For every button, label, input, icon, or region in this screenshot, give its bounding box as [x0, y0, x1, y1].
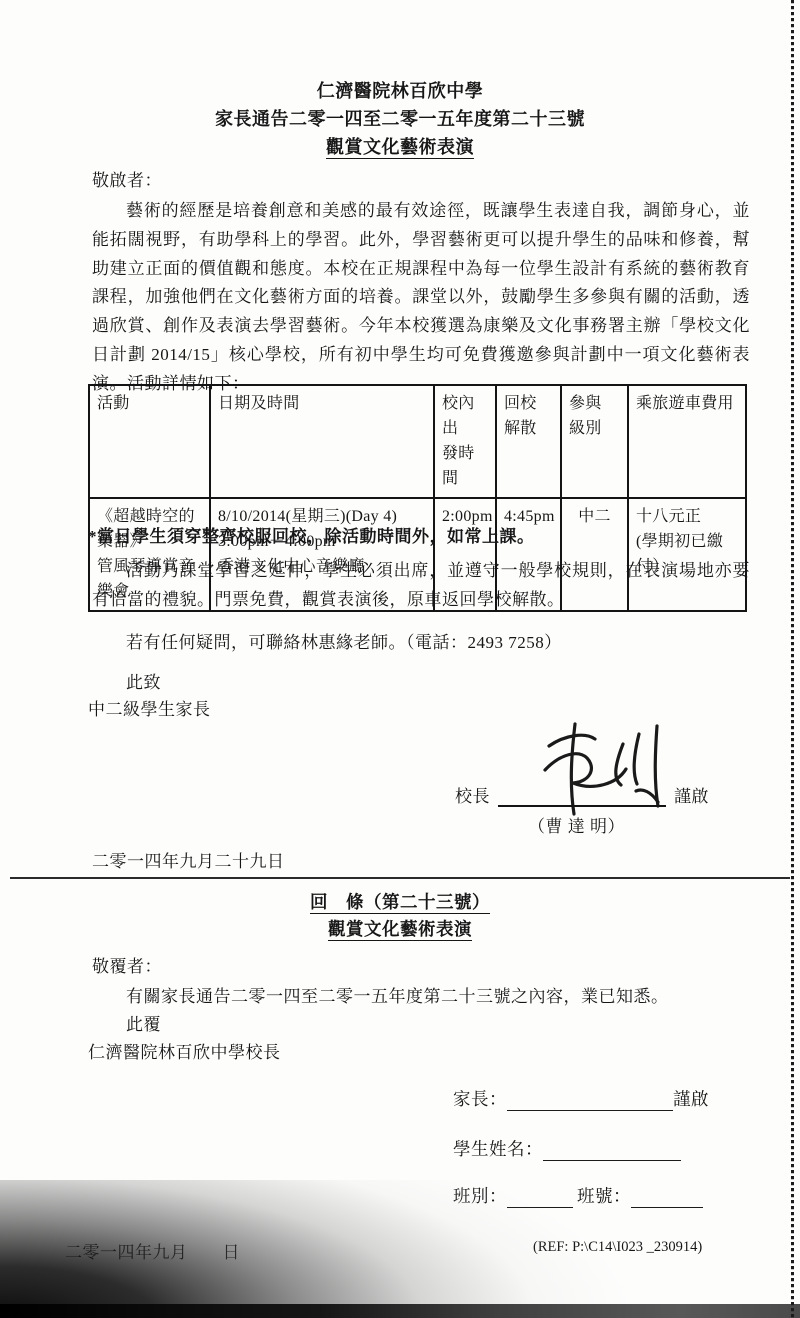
student-name-label: 學生姓名： — [453, 1136, 543, 1161]
reply-slip-title-text: 回 條（第二十三號） — [310, 892, 490, 914]
reference-number: (REF: P:\C14\I023 _230914) — [533, 1239, 702, 1256]
uniform-note: *當日學生須穿整齊校服回校，除活動時間外，如常上課。 — [88, 522, 535, 547]
parent-signature-field: 家長： 謹啟 — [453, 1086, 709, 1111]
school-name: 仁濟醫院林百欣中學 — [0, 77, 800, 103]
table-header-row: 活動 日期及時間 校內出 發時間 回校 解散 參與 級別 乘旅遊車費用 — [89, 385, 746, 498]
student-name-field: 學生姓名： — [453, 1136, 681, 1161]
letter-paragraph-1: 藝術的經歷是培養創意和美感的最有效途徑，既讓學生表達自我，調節身心，並能拓闊視野… — [92, 197, 750, 399]
scanned-notice-page: 仁濟醫院林百欣中學 家長通告二零一四至二零一五年度第二十三號 觀賞文化藝術表演 … — [0, 0, 800, 1318]
letter-salutation: 敬啟者： — [92, 166, 162, 191]
parent-sign-off: 謹啟 — [673, 1086, 709, 1111]
cut-line-separator — [10, 877, 790, 879]
class-label: 班別： — [453, 1183, 507, 1208]
reply-slip-subject-text: 觀賞文化藝術表演 — [328, 919, 472, 941]
notice-number-text: 家長通告二零一四至二零一五年度第二十三號 — [215, 109, 585, 129]
scan-bottom-bar-artifact — [0, 1304, 800, 1318]
letter-subject-text: 觀賞文化藝術表演 — [326, 137, 474, 159]
scan-right-edge-artifact — [791, 0, 794, 1318]
parent-label: 家長： — [453, 1086, 507, 1111]
signature-line — [498, 787, 666, 807]
letter-addressee: 中二級學生家長 — [88, 695, 211, 720]
table-header-activity: 活動 — [89, 385, 210, 498]
letter-paragraph-3: 若有任何疑問，可聯絡林惠緣老師。（電話：2493 7258） — [126, 628, 562, 653]
signature-row: 校長 謹啟 — [455, 782, 709, 807]
reply-addressee: 仁濟醫院林百欣中學校長 — [88, 1038, 281, 1063]
principal-signature — [505, 722, 705, 822]
reply-slip-subject: 觀賞文化藝術表演 — [0, 916, 800, 941]
class-no-blank — [631, 1188, 703, 1208]
letter-subject: 觀賞文化藝術表演 — [0, 133, 800, 159]
letter-date: 二零一四年九月二十九日 — [92, 847, 285, 872]
reply-date-line: 二零一四年九月 日 — [65, 1238, 240, 1263]
parent-signature-blank — [507, 1091, 673, 1111]
reply-slip-title: 回 條（第二十三號） — [0, 889, 800, 914]
principal-sign-off: 謹啟 — [674, 782, 709, 807]
reply-closing: 此覆 — [126, 1010, 161, 1035]
table-header-fee: 乘旅遊車費用 — [628, 385, 746, 498]
principal-role-label: 校長 — [455, 782, 490, 807]
table-header-level: 參與 級別 — [561, 385, 628, 498]
notice-number-line: 家長通告二零一四至二零一五年度第二十三號 — [0, 105, 800, 131]
letter-paragraph-2: 活動乃課堂學習之延伸，學生必須出席，並遵守一般學校規則，在表演場地亦要有恰當的禮… — [92, 557, 750, 615]
letter-closing: 此致 — [126, 668, 161, 693]
table-header-return: 回校 解散 — [496, 385, 561, 498]
class-no-label: 班號： — [577, 1183, 631, 1208]
class-field: 班別： 班號： — [453, 1183, 703, 1208]
school-name-text: 仁濟醫院林百欣中學 — [317, 81, 484, 101]
reply-body: 有關家長通告二零一四至二零一五年度第二十三號之內容，業已知悉。 — [126, 982, 669, 1007]
principal-name: （曹 達 明） — [528, 812, 625, 837]
table-header-datetime: 日期及時間 — [210, 385, 434, 498]
table-header-depart: 校內出 發時間 — [434, 385, 496, 498]
student-name-blank — [543, 1141, 681, 1161]
reply-salutation: 敬覆者： — [92, 952, 162, 977]
class-blank — [507, 1188, 573, 1208]
